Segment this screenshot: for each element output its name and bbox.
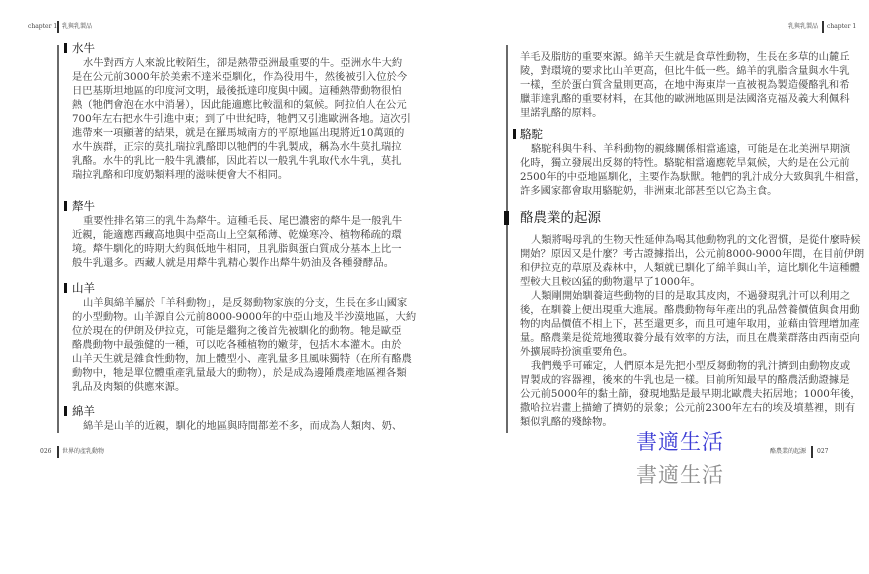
watermark-grey: 書適生活 — [636, 463, 724, 487]
left-margin-rule — [57, 45, 59, 433]
heading-marker-icon — [64, 283, 67, 293]
heading-text: 山羊 — [72, 281, 95, 295]
text-line: 日巴基斯坦地區的印度河文明，最後抵達印度與中國。這種熱帶動物很怕 — [72, 84, 394, 98]
section-water-buffalo: 水牛 水牛對西方人來說比較陌生，卻是熱帶亞洲最重要的牛。亞洲水牛大約 是在公元前… — [72, 41, 394, 182]
text-line: 里諾乳酪的原料。 — [520, 106, 842, 120]
text-line: 公元前5000年的黏土篩，發現地點是最早期北歐農夫拓居地；1000年後， — [520, 387, 842, 401]
section-origin-of-dairying: 酪農業的起源 人類將喝母乳的生物天性延伸為喝其他動物乳的文化習慣，是從什麼時候 … — [520, 209, 842, 429]
heading-text: 水牛 — [72, 41, 95, 55]
text-line: 700年左右把水牛引進中東；到了中世紀時，牠們又引進歐洲各地。這次引 — [72, 112, 394, 126]
text-line: 熱（牠們會泡在水中消暑），因此能適應比較溫和的氣候。阿拉伯人在公元 — [72, 98, 394, 112]
right-header-divider — [822, 21, 824, 33]
heading-marker-icon — [64, 43, 67, 53]
left-running-header-title: 乳與乳製品 — [62, 22, 92, 32]
section-sheep-continued: 羊毛及脂肪的重要來源。綿羊天生就是食草性動物，生長在多草的山麓丘 陵，對環境的要… — [520, 50, 842, 120]
right-footer-divider — [811, 446, 813, 458]
text-line: 和伊拉克的草原及森林中，人類就已馴化了綿羊與山羊，這比馴化牛這種體 — [520, 261, 842, 275]
text-line: 山羊與綿羊屬於「羊科動物」，是反芻動物家族的分支，生長在多山國家 — [72, 296, 394, 310]
text-line: 動物中，牠是單位體重產乳量最大的動物），於是成為邊陲農產地區裡各類 — [72, 366, 394, 380]
text-line: 人類剛開始馴養這些動物的目的是取其皮肉，不過發現乳汁可以利用之 — [520, 289, 842, 303]
text-line: 臘菲達乳酪的重要材料，在其他的歐洲地區則是法國洛克福及義大利佩科 — [520, 92, 842, 106]
heading-marker-icon — [504, 211, 509, 225]
chapter-section-heading: 酪農業的起源 — [520, 209, 842, 227]
text-line: 水牛族群，正宗的莫扎瑞拉乳酪即以牠們的牛乳製成，稱為水牛莫扎瑞拉 — [72, 140, 394, 154]
text-line: 酪農動物中最強健的一種，可以吃各種植物的嫩芽，包括木本灌木。由於 — [72, 338, 394, 352]
text-line: 乳品及肉類的供應來源。 — [72, 380, 394, 394]
right-page-number: 027 — [817, 447, 828, 457]
text-line: 量。酪農業是從荒地獲取養分最有效率的方法，而且在農業群落由西南亞向 — [520, 331, 842, 345]
left-footer-divider — [57, 446, 59, 458]
text-line: 山羊天生就是雜食性動物，加上體型小、產乳量多且風味獨特（在所有酪農 — [72, 352, 394, 366]
text-line: 位於現在的伊朗及伊拉克，可能是繼狗之後首先被馴化的動物。牠是歐亞 — [72, 324, 394, 338]
text-line: 重要性排名第三的乳牛為犛牛。這種毛長、尾巴濃密的犛牛是一般乳牛 — [72, 214, 394, 228]
text-line: 2500年的中亞地區馴化，主要作為馱獸。牠們的乳汁成分大致與乳牛相當， — [520, 170, 842, 184]
text-line: 類似乳酪的殘餘物。 — [520, 415, 842, 429]
section-heading: 駱駝 — [520, 127, 842, 141]
text-line: 乳酪。水牛的乳比一般牛乳濃郁，因此若以一般乳牛乳取代水牛乳，莫扎 — [72, 154, 394, 168]
text-line: 後，在馴養上便出現重大進展。酪農動物每年產出的乳品營養價值與食用動 — [520, 303, 842, 317]
text-line: 瑞拉乳酪和印度奶類料理的滋味便會大不相同。 — [72, 168, 394, 182]
section-heading: 犛牛 — [72, 199, 394, 213]
section-camel: 駱駝 駱駝科與牛科、羊科動物的親緣關係相當遙遠，可能是在北美洲早期演 化時，獨立… — [520, 127, 842, 198]
heading-marker-icon — [513, 129, 516, 139]
section-goat: 山羊 山羊與綿羊屬於「羊科動物」，是反芻動物家族的分支，生長在多山國家 的小型動… — [72, 281, 394, 394]
watermark-blue: 書適生活 — [636, 430, 724, 454]
text-line: 許多國家都會取用駱駝奶，非洲東北部甚至以它為主食。 — [520, 184, 842, 198]
heading-text: 犛牛 — [72, 199, 95, 213]
text-line: 化時，獨立發展出反芻的特性。駱駝相當適應乾旱氣候，大約是在公元前 — [520, 156, 842, 170]
heading-text: 酪農業的起源 — [520, 210, 601, 226]
text-line: 近親，能適應西藏高地與中亞高山上空氣稀薄、乾燥寒冷、植物稀疏的環 — [72, 228, 394, 242]
text-line: 胃製成的容器裡，後來的牛乳也是一樣。目前所知最早的酪農活動證據是 — [520, 373, 842, 387]
text-line: 水牛對西方人來說比較陌生，卻是熱帶亞洲最重要的牛。亞洲水牛大約 — [72, 56, 394, 70]
section-heading: 水牛 — [72, 41, 394, 55]
heading-text: 駱駝 — [520, 127, 543, 141]
text-line: 型較大且較凶猛的動物還早了1000年。 — [520, 275, 842, 289]
section-sheep: 綿羊 綿羊是山羊的近親，馴化的地區與時間都差不多，而成為人類肉、奶、 — [72, 404, 394, 433]
left-footer-title: 世界的產乳動物 — [62, 447, 104, 457]
text-line: 進帶來一項顯著的結果，就是在羅馬城南方的平原地區出現將近10萬頭的 — [72, 126, 394, 140]
heading-text: 綿羊 — [72, 404, 95, 418]
text-line: 般牛乳還多。西藏人就是用犛牛乳精心製作出犛牛奶油及各種發酵品。 — [72, 256, 394, 270]
text-line: 羊毛及脂肪的重要來源。綿羊天生就是食草性動物，生長在多草的山麓丘 — [520, 50, 842, 64]
text-line: 陵，對環境的要求比山羊更高，但比牛低一些。綿羊的乳脂含量與水牛乳 — [520, 64, 842, 78]
heading-marker-icon — [64, 406, 67, 416]
text-line: 開始？原因又是什麼？考古證據指出，公元前8000-9000年間，在目前伊朗 — [520, 247, 842, 261]
left-running-header-chapter: chapter 1 — [28, 22, 57, 32]
text-line: 人類將喝母乳的生物天性延伸為喝其他動物乳的文化習慣，是從什麼時候 — [520, 233, 842, 247]
text-line: 物的肉品價值不相上下，甚至還更多，而且可連年取用，並藉由管理增加產 — [520, 317, 842, 331]
section-heading: 山羊 — [72, 281, 394, 295]
heading-marker-icon — [64, 201, 67, 211]
section-yak: 犛牛 重要性排名第三的乳牛為犛牛。這種毛長、尾巴濃密的犛牛是一般乳牛 近親，能適… — [72, 199, 394, 270]
right-running-header-chapter: chapter 1 — [827, 22, 856, 32]
right-margin-rule — [506, 45, 508, 433]
text-line: 的小型動物。山羊源自公元前8000-9000年的中亞山地及半沙漠地區，大約 — [72, 310, 394, 324]
left-page-number: 026 — [40, 447, 51, 457]
text-line: 一樣，至於蛋白質含量則更高，在地中海東岸一直被視為製造優酪乳和希 — [520, 78, 842, 92]
left-header-divider — [57, 21, 59, 33]
text-line: 境。犛牛馴化的時期大約與低地牛相同，且乳脂與蛋白質成分基本上比一 — [72, 242, 394, 256]
text-line: 外擴展時扮演重要角色。 — [520, 345, 842, 359]
text-line: 我們幾乎可確定，人們原本是先把小型反芻動物的乳汁擠到由動物皮或 — [520, 359, 842, 373]
right-running-header-title: 乳與乳製品 — [780, 22, 818, 32]
text-line: 綿羊是山羊的近親，馴化的地區與時間都差不多，而成為人類肉、奶、 — [72, 419, 394, 433]
text-line: 是在公元前3000年於美索不達米亞馴化，作為役用牛，然後被引入位於今 — [72, 70, 394, 84]
right-footer-title: 酪農業的起源 — [760, 447, 806, 457]
section-heading: 綿羊 — [72, 404, 394, 418]
text-line: 撒哈拉岩畫上描繪了擠奶的景象；公元前2300年左右的埃及墳墓裡，則有 — [520, 401, 842, 415]
text-line: 駱駝科與牛科、羊科動物的親緣關係相當遙遠，可能是在北美洲早期演 — [520, 142, 842, 156]
